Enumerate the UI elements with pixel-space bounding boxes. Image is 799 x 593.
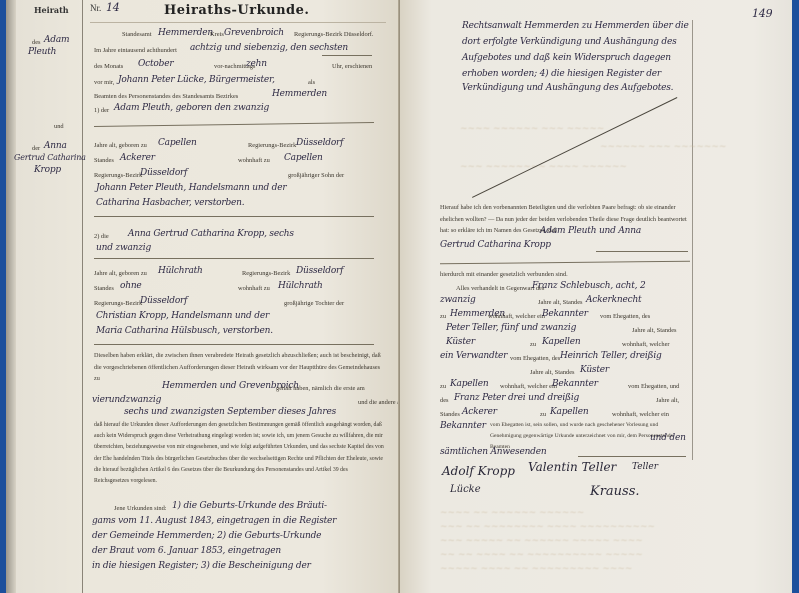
page-edge (6, 0, 16, 593)
bride-name-1: Anna Gertrud Catharina Kropp, sechs (128, 228, 294, 240)
label-official-suffix: als (308, 78, 315, 88)
witness-2-at: zu (530, 340, 536, 350)
witness-4-residence: wohnhaft, welcher ein (612, 410, 669, 420)
documents-line-1: 1) die Geburts-Urkunde des Bräuti- (172, 500, 327, 512)
divider (94, 122, 374, 127)
witness-1-residence-label: wohnhaft, welcher ein (488, 312, 545, 322)
witness-1-of: vom Ehegatten, des (600, 312, 650, 322)
witness-3-relation: Bekannter (552, 378, 598, 390)
label-standesamt: Standesamt (122, 30, 151, 40)
couple-line-1: Adam Pleuth und Anna (540, 225, 641, 237)
witness-3-age-label: Jahre alt, Standes (530, 368, 575, 378)
margin-bride-name-1: Anna (44, 140, 67, 152)
witness-1-age: zwanzig (440, 294, 476, 306)
groom-born-value: Capellen (158, 137, 197, 149)
witness-3-stand: Küster (580, 364, 609, 376)
margin-header: Heirath (34, 5, 69, 15)
kreis-value: Grevenbroich (224, 27, 284, 39)
witness-4-at: zu (540, 410, 546, 420)
groom-residence-label: wohnhaft zu (238, 156, 270, 166)
bride-daughter-label: großjährige Tochter der (284, 299, 344, 309)
declaration-text-2: gehalt haben, nämlich die erste am (276, 384, 365, 394)
declaration-date-1: vierundzwanzig (92, 394, 161, 406)
bride-stand-value: ohne (120, 280, 142, 292)
witness-2-of: vom Ehegatten, des (510, 354, 560, 364)
documents-line-4: der Braut vom 6. Januar 1853, eingetrage… (92, 545, 281, 557)
divider (90, 22, 386, 23)
margin-and: und (54, 122, 64, 132)
documents-line-2: gams vom 11. August 1843, eingetragen in… (92, 515, 336, 527)
signature-5: Krauss. (590, 484, 640, 499)
continuation-line-2: dort erfolgte Verkündigung und Aushängun… (462, 36, 677, 48)
groom-regbez-value: Düsseldorf (296, 137, 343, 149)
bride-residence-label: wohnhaft zu (238, 284, 270, 294)
label-office: Beamten des Personenstandes des Standesa… (94, 92, 238, 102)
declaration-date-2: sechs und zwanzigsten September dieses J… (124, 406, 336, 418)
bride-born-label: Jahre alt, geboren zu (94, 269, 147, 279)
groom-parents-2: Catharina Hasbacher, verstorben. (96, 197, 244, 209)
groom-regbez2-value: Düsseldorf (140, 167, 187, 179)
bleed-through-text: ~~~~ ~~ ~~~~~~ ~~~~~~ (440, 506, 584, 520)
record-number-label: Nr. (90, 3, 101, 13)
bleed-through-text: ~~~ ~~~~~ ~~ ~~~~~~ ~~~~~ ~~~~ (440, 534, 643, 548)
groom-name: Adam Pleuth, geboren den zwanzig (114, 102, 269, 114)
witness-2-name: Peter Teller, fünf und zwanzig (446, 322, 576, 334)
groom-born-label: Jahre alt, geboren zu (94, 141, 147, 151)
witness-2-place: Kapellen (542, 336, 580, 348)
margin-bride-name-3: Kropp (34, 164, 61, 176)
witness-2-relation: ein Verwandter (440, 350, 507, 362)
declaration-text-4: daß hierauf die Urkunden dieser Aufforde… (94, 420, 384, 487)
witness-4-place: Kapellen (550, 406, 588, 418)
documents-line-5: in die hiesigen Register; 3) die Beschei… (92, 560, 311, 572)
label-kreis: Kreis (210, 30, 224, 40)
witness-4-prefix: des (440, 396, 449, 406)
documents-label: Jene Urkunden sind: (114, 504, 167, 514)
bride-parents-1: Christian Kropp, Handelsmann und der (96, 310, 269, 322)
page-rule (692, 20, 693, 460)
left-page: Heirath des Adam Pleuth und der Anna Ger… (6, 0, 400, 593)
witness-2-age-label: Jahre alt, Standes (632, 326, 677, 336)
witness-3-name: Heinrich Teller, dreißig (560, 350, 662, 362)
fill-line (596, 251, 688, 252)
official-value: Johann Peter Lücke, Bürgermeister, (118, 74, 275, 86)
label-regierungsbezirk: Regierungs-Bezirk Düsseldorf. (294, 30, 374, 40)
closing-value-2: sämtlichen Anwesenden (440, 446, 546, 458)
witness-3-residence: wohnhaft, welcher ein (500, 382, 557, 392)
bride-regbez2-label: Regierungs-Bezirk (94, 299, 142, 309)
document-title: Heiraths-Urkunde. (164, 3, 309, 18)
witness-2-stand: Küster (446, 336, 475, 348)
couple-line-2: Gertrud Catharina Kropp (440, 239, 551, 251)
page-number: 149 (752, 8, 772, 20)
continuation-line-4: erhoben worden; 4) die hiesigen Register… (462, 68, 661, 80)
witness-1-age-label: Jahre alt, Standes (538, 298, 583, 308)
label-year: Im Jahre eintausend achthundert (94, 46, 177, 56)
groom-regbez-label: Regierungs-Bezirk (248, 141, 296, 151)
bleed-through-text: ~~~ ~~ ~~~~~~~~ ~~~~ ~~~~~~~~~~ (440, 520, 655, 534)
groom-stand-value: Ackerer (120, 152, 155, 164)
bride-regbez-value: Düsseldorf (296, 265, 343, 277)
bride-parents-2: Maria Catharina Hülsbusch, verstorben. (96, 325, 273, 337)
bride-residence-value: Hülchrath (278, 280, 323, 292)
groom-parents-1: Johann Peter Pleuth, Handelsmann und der (96, 182, 286, 194)
groom-regbez2-label: Regierungs-Bezirk (94, 171, 142, 181)
label-month: des Monats (94, 62, 123, 72)
margin-groom-name-2: Pleuth (28, 46, 56, 58)
open-register-book: Heirath des Adam Pleuth und der Anna Ger… (6, 0, 792, 593)
bride-regbez2-value: Düsseldorf (140, 295, 187, 307)
bleed-through-text: ~~~~ ~~~~~~ ~~~ ~~~~~ (460, 122, 604, 136)
witness-1-relation: Bekannter (542, 308, 588, 320)
groom-prefix: 1) der (94, 106, 109, 116)
fill-line (578, 456, 686, 457)
label-before: vor mir, (94, 78, 114, 88)
witness-3-place: Kapellen (450, 378, 488, 390)
margin-bride-name-2: Gertrud Catharina (14, 152, 86, 164)
month-value: October (138, 58, 173, 70)
signature-4: Lücke (450, 484, 481, 495)
groom-stand-label: Standes (94, 156, 114, 166)
bride-stand-label: Standes (94, 284, 114, 294)
year-value: achtzig und siebenzig, den sechsten (190, 42, 348, 54)
bleed-through-text: ~~~~~~ ~~~ ~~~~~~~ (600, 140, 726, 154)
divider (94, 216, 374, 217)
continuation-line-5: Verkündigung und Aushängung des Aufgebot… (462, 82, 673, 94)
bride-born-value: Hülchrath (158, 265, 203, 277)
witness-1-stand: Ackerknecht (586, 294, 641, 306)
signature-3: Teller (632, 462, 658, 472)
groom-son-label: großjähriger Sohn der (288, 171, 344, 181)
divider (94, 258, 374, 259)
bride-prefix: 2) die (94, 232, 109, 242)
office-value: Hemmerden (272, 88, 327, 100)
groom-residence-value: Capellen (284, 152, 323, 164)
witness-4-age-label: Jahre alt, (656, 396, 679, 406)
time-value: zehn (246, 58, 267, 70)
margin-groom-name-1: Adam (44, 34, 69, 46)
bleed-through-text: ~~~~~ ~~~~ ~~ ~~~~~~~~~ ~~~~ (440, 562, 632, 576)
continuation-line-3: Aufgebotes und daß kein Widerspruch dage… (462, 52, 671, 64)
witness-3-at: zu (440, 382, 446, 392)
closing-value: und den (650, 432, 686, 444)
signature-1: Adolf Kropp (442, 464, 515, 478)
witness-4-stand: Ackerer (462, 406, 497, 418)
witness-3-of: vom Ehegatten, und (628, 382, 679, 392)
record-number-value: 14 (106, 2, 120, 14)
label-time-suffix: Uhr, erschienen (332, 62, 372, 72)
bleed-through-text: ~~ ~~ ~~~~ ~~ ~~~~~~~~~~ ~~~~~ (440, 548, 643, 562)
witness-4-name: Franz Peter drei und dreißig (454, 392, 579, 404)
witness-1-at: zu (440, 312, 446, 322)
witness-2-residence: wohnhaft, welcher (622, 340, 670, 350)
documents-line-3: der Gemeinde Hemmerden; 2) die Geburts-U… (92, 530, 321, 542)
witness-4-relation: Bekannter (440, 420, 486, 432)
right-page: 149 Rechtsanwalt Hemmerden zu Hemmerden … (400, 0, 792, 593)
question-text-2: hierdurch mit einander gesetzlich verbun… (440, 270, 568, 280)
signature-2: Valentin Teller (528, 460, 616, 474)
divider (440, 261, 690, 265)
divider (94, 344, 374, 345)
continuation-line-1: Rechtsanwalt Hemmerden zu Hemmerden über… (462, 20, 689, 32)
margin-rule (82, 0, 83, 593)
bride-name-2: und zwanzig (96, 242, 151, 254)
fill-line (322, 55, 372, 56)
witness-4-stand-label: Standes (440, 410, 460, 420)
bride-regbez-label: Regierungs-Bezirk (242, 269, 290, 279)
standesamt-value: Hemmerden (158, 27, 213, 39)
declaration-text-3: und die andere am (358, 398, 400, 408)
witness-1-name: Franz Schlebusch, acht, 2 (532, 280, 646, 292)
